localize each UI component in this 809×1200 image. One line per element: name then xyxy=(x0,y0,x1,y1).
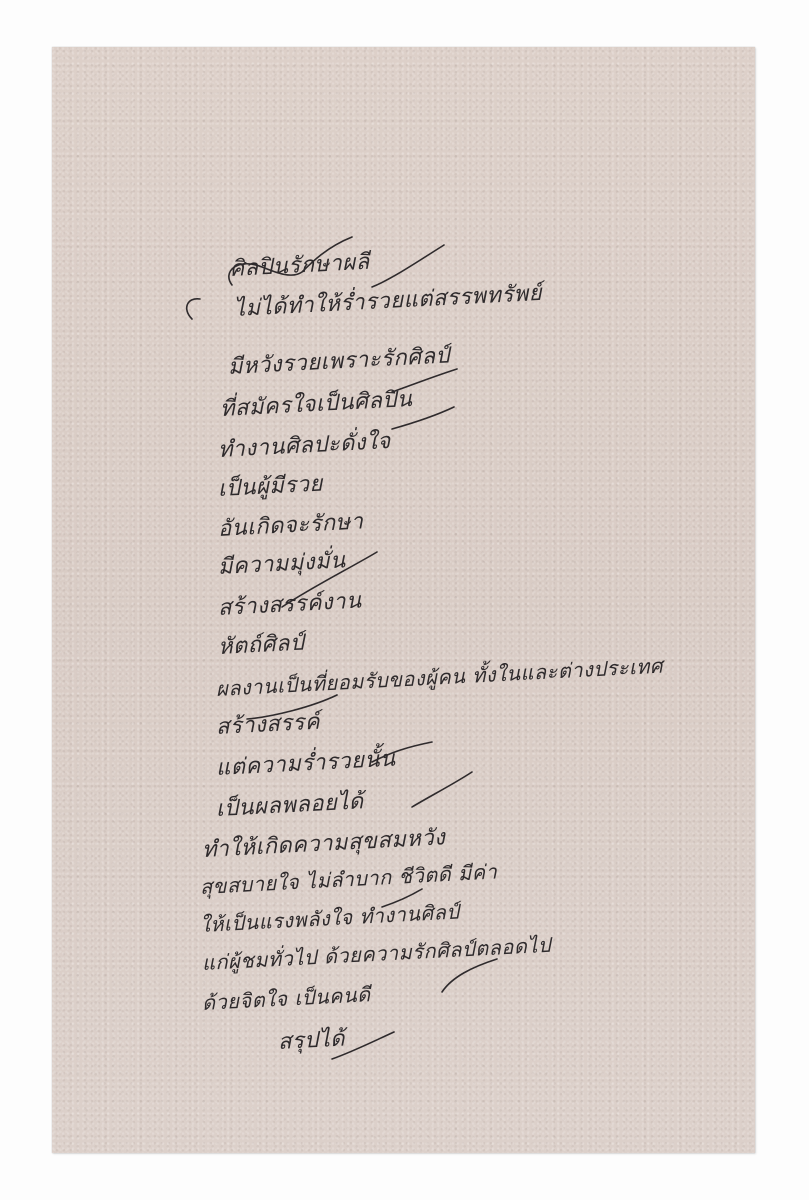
poem-line: สร้างสรรค์ xyxy=(215,712,320,739)
scan-background: ศิลปินรักษาผลีไม่ได้ทำให้ร่ำรวยแต่สรรพทร… xyxy=(0,0,809,1200)
poem-line: หัตถ์ศิลป์ xyxy=(217,632,305,658)
handwritten-paper-sheet: ศิลปินรักษาผลีไม่ได้ทำให้ร่ำรวยแต่สรรพทร… xyxy=(52,47,755,1153)
poem-line: ด้วยจิตใจ เป็นคนดี xyxy=(201,984,371,1013)
poem-line: สุขสบายใจ ไม่ลำบาก ชีวิตดี มีค่า xyxy=(199,861,497,897)
poem-line: สร้างสรรค์งาน xyxy=(217,590,362,619)
handwritten-poem: ศิลปินรักษาผลีไม่ได้ทำให้ร่ำรวยแต่สรรพทร… xyxy=(52,47,755,1153)
poem-line: อันเกิดจะรักษา xyxy=(217,511,364,541)
poem-line: เป็นผู้มีรวย xyxy=(217,474,323,501)
poem-line: แก่ผู้ชมทั่วไป ด้วยความรักศิลป์ตลอดไป xyxy=(201,935,551,973)
poem-line: ที่สมัครใจเป็นศิลปิน xyxy=(219,389,412,421)
poem-line: แต่ความร่ำรวยนั้น xyxy=(215,749,396,780)
poem-line: ไม่ได้ทำให้ร่ำรวยแต่สรรพทรัพย์ xyxy=(233,283,542,321)
poem-line: ทำงานศิลปะดั่งใจ xyxy=(217,431,391,462)
poem-line: มีหวังรวยเพราะรักศิลป์ xyxy=(227,345,450,379)
poem-line: ทำให้เกิดความสุขสมหวัง xyxy=(201,827,445,862)
poem-line: สรุปได้ xyxy=(277,1029,345,1054)
poem-line: ผลงานเป็นที่ยอมรับของผู้คน ทั้งในและต่าง… xyxy=(215,656,663,699)
poem-line: ศิลปินรักษาผลี xyxy=(229,252,370,281)
poem-line: เป็นผลพลอยได้ xyxy=(215,791,364,821)
poem-line: มีความมุ่งมั่น xyxy=(217,550,346,579)
poem-line: ให้เป็นแรงพลังใจ ทำงานศิลป์ xyxy=(199,901,460,935)
